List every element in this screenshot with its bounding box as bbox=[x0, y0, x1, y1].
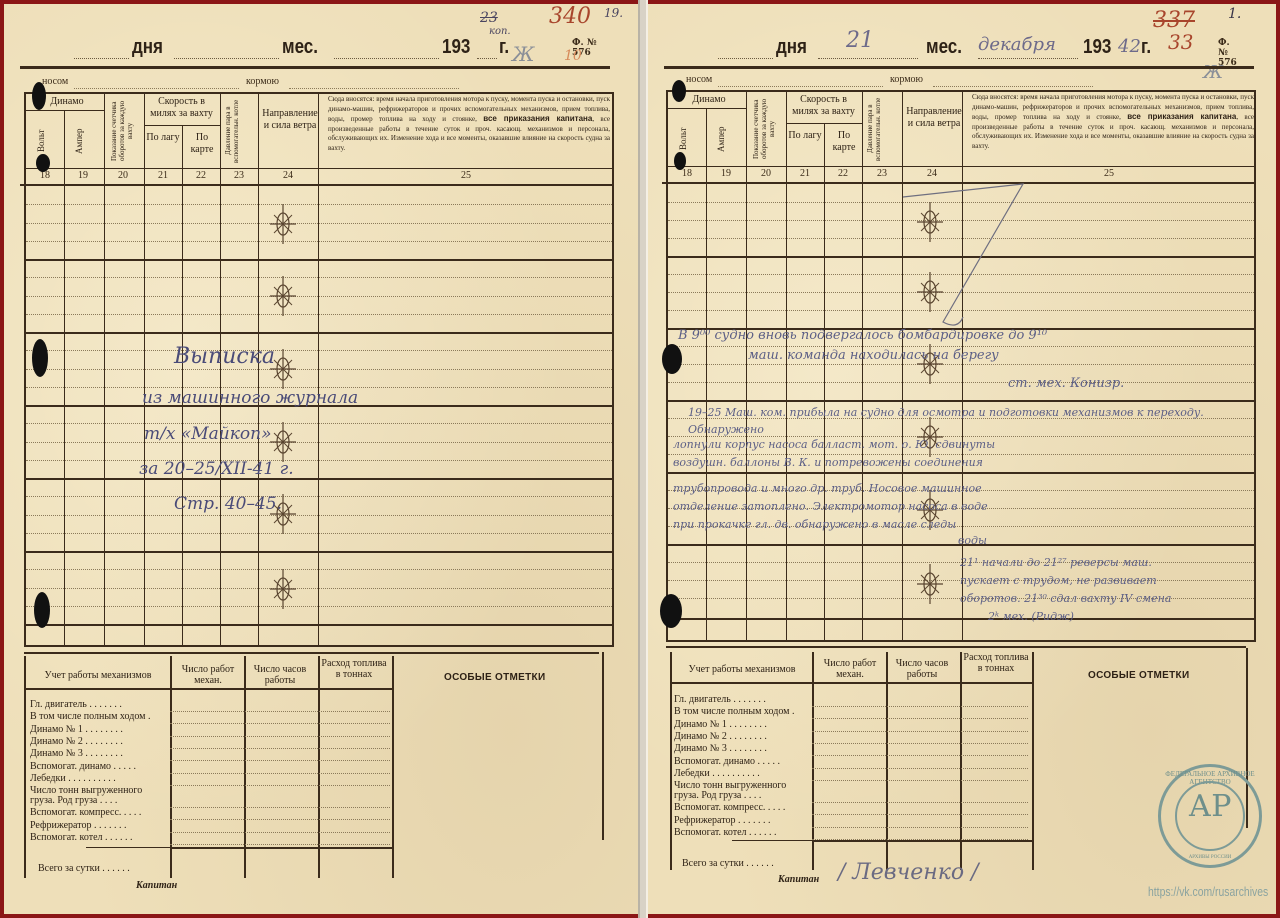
watch-row-rule bbox=[26, 551, 612, 553]
watch-row-rule bbox=[668, 618, 1254, 620]
mech-total-rule bbox=[170, 847, 392, 849]
handwritten-extract-line: из машинного журнала bbox=[142, 388, 358, 408]
col-header-notes: Сюда вносятся: время начала приготовлени… bbox=[966, 90, 1260, 154]
col-number-24: 24 bbox=[902, 168, 962, 179]
log-entry-line: маш. команда находилась на берегу bbox=[748, 348, 999, 363]
mech-total-label: Всего за сутки . . . . . . bbox=[38, 863, 130, 874]
mech-row-label: Динамо № 2 . . . . . . . . bbox=[674, 731, 767, 742]
source-watermark-link[interactable]: https://vk.com/rusarchives bbox=[1148, 884, 1268, 899]
dotted-subline bbox=[26, 515, 612, 516]
mech-divider bbox=[1032, 652, 1034, 870]
year-label: 193 bbox=[1083, 36, 1111, 59]
col-divider bbox=[902, 90, 903, 640]
dotted-subline bbox=[26, 314, 612, 315]
binding-hole bbox=[674, 152, 686, 170]
mech-row-line bbox=[812, 827, 1028, 828]
dotted-subline bbox=[26, 223, 612, 224]
watch-row-rule bbox=[26, 259, 612, 261]
col-header-speed: Скорость в милях за вахту bbox=[786, 94, 861, 118]
col-number-21: 21 bbox=[786, 168, 824, 179]
binding-hole bbox=[672, 80, 686, 102]
col-header-pressure: Давление пара в вспомогательн. котле bbox=[224, 95, 250, 167]
special-marks-label: ОСОБЫЕ ОТМЕТКИ bbox=[1088, 670, 1189, 681]
binding-hole bbox=[34, 592, 50, 628]
mech-row-line bbox=[812, 802, 1028, 803]
col-divider bbox=[64, 110, 65, 645]
mech-row-label: Гл. двигатель . . . . . . . bbox=[30, 699, 122, 710]
dotted-subline bbox=[26, 296, 612, 297]
month-field bbox=[978, 58, 1078, 59]
draft-bow-label: носом bbox=[42, 76, 68, 87]
mech-row-label: Лебедки . . . . . . . . . . bbox=[674, 768, 760, 779]
mech-divider bbox=[886, 652, 888, 870]
log-entry-line: пускает с трудом, не развивает bbox=[960, 574, 1157, 587]
special-border bbox=[602, 652, 604, 840]
mech-total-rule bbox=[732, 840, 812, 841]
mech-row-line bbox=[812, 780, 1028, 781]
numbers-bottom-rule bbox=[20, 184, 612, 186]
dotted-subline bbox=[26, 350, 612, 351]
mech-row-label: Динамо № 1 . . . . . . . . bbox=[674, 719, 767, 730]
special-marks-label: ОСОБЫЕ ОТМЕТКИ bbox=[444, 672, 545, 683]
header-rule bbox=[20, 66, 610, 69]
captain-signature: / Левченко / bbox=[838, 860, 979, 885]
mech-total-rule bbox=[86, 847, 170, 848]
col-divider bbox=[706, 108, 707, 640]
col-header-counter: Показание счетчика оборотов за каждую ва… bbox=[752, 93, 776, 165]
dotted-subline bbox=[668, 454, 1254, 455]
mech-row-line bbox=[812, 731, 1028, 732]
log-entry-block: 19–25 Маш. ком. прибыла на судно для осм… bbox=[688, 404, 1248, 438]
mech-col-hours: Число часов работы bbox=[244, 664, 316, 686]
col-header-notes: Сюда вносятся: время начала приготовлени… bbox=[322, 92, 616, 156]
mech-row-label: Вспомогат. динамо . . . . . bbox=[30, 761, 136, 772]
archive-stamp: ФЕДЕРАЛЬНОЕ АРХИВНОЕ АГЕНТСТВО АР АРХИВЫ… bbox=[1158, 764, 1262, 868]
archive-folio-crossed: 23 bbox=[480, 10, 498, 26]
log-entry-line: воды bbox=[958, 534, 987, 547]
col-header-by-log: По лагу bbox=[146, 132, 180, 144]
wind-rose-icon bbox=[269, 204, 297, 244]
mech-divider bbox=[812, 652, 814, 870]
watch-row-rule bbox=[668, 472, 1254, 474]
year-suffix: г. bbox=[499, 36, 509, 59]
dotted-subline bbox=[26, 423, 612, 424]
mech-row-label: груза. Род груза . . . . bbox=[30, 795, 117, 806]
col-divider bbox=[862, 90, 863, 640]
mech-row-label: Рефрижератор . . . . . . . bbox=[674, 815, 770, 826]
dynamo-sub-rule bbox=[26, 110, 104, 111]
mech-col-fuel: Расход топлива в тоннах bbox=[318, 658, 390, 680]
archive-folio-number: 33 bbox=[1168, 30, 1193, 54]
archive-corner-number: 19. bbox=[604, 6, 623, 20]
month-label: мес. bbox=[282, 36, 318, 59]
mech-top-rule bbox=[24, 652, 599, 654]
col-header-counter: Показание счетчика оборотов за каждую ва… bbox=[110, 95, 134, 167]
mech-row-line bbox=[170, 819, 390, 820]
year-value: 42 bbox=[1118, 36, 1141, 57]
col-divider bbox=[786, 90, 787, 640]
day-field bbox=[74, 58, 129, 59]
dotted-subline bbox=[26, 204, 612, 205]
page-divider bbox=[638, 0, 648, 918]
mech-col-fuel: Расход топлива в тоннах bbox=[960, 652, 1032, 674]
wind-rose-icon bbox=[269, 276, 297, 316]
draft-stern-label: кормою bbox=[246, 76, 279, 87]
dotted-subline bbox=[26, 606, 612, 607]
col-number-18: 18 bbox=[26, 170, 64, 181]
mech-row-label: Вспомогат. динамо . . . . . bbox=[674, 756, 780, 767]
col-number-19: 19 bbox=[706, 168, 746, 179]
mech-row-line bbox=[170, 711, 390, 712]
log-entry-line: 2ᵏ мех. (Ридж) bbox=[988, 610, 1074, 623]
mech-row-label: Вспомогат. компресс. . . . . bbox=[674, 802, 785, 813]
wind-rose-icon bbox=[269, 569, 297, 609]
draft-bow-field bbox=[718, 86, 883, 87]
mech-row-line bbox=[170, 832, 390, 833]
archive-folio-number: 340 bbox=[549, 4, 591, 29]
month-field-line bbox=[174, 58, 279, 59]
date-line: дня 21 мес. декабря 193 42 г. Ф. № 576 bbox=[678, 34, 1236, 68]
day-value: 21 bbox=[846, 28, 874, 53]
handwritten-extract-line: т/х «Майкоп» bbox=[144, 424, 271, 444]
watch-row-rule bbox=[668, 400, 1254, 402]
mech-header-rule bbox=[26, 688, 394, 690]
col-number-23: 23 bbox=[220, 170, 258, 181]
captain-label: Капитан bbox=[778, 874, 819, 885]
wind-rose-icon bbox=[916, 564, 944, 604]
mech-row-label: В том числе полным ходом . bbox=[674, 706, 794, 717]
binding-hole bbox=[32, 339, 48, 377]
handwritten-extract-title: Выписка bbox=[174, 344, 275, 369]
dynamo-sub-rule bbox=[668, 108, 746, 109]
year-label: 193 bbox=[442, 36, 470, 59]
archive-orange-mark: 10 bbox=[564, 48, 582, 64]
mech-row-line bbox=[812, 768, 1028, 769]
dotted-subline bbox=[668, 382, 1254, 383]
wind-rose-icon bbox=[916, 202, 944, 242]
col-header-by-chart: По карте bbox=[826, 130, 862, 154]
col-number-23: 23 bbox=[862, 168, 902, 179]
mech-row-label: Вспомогат. компресс. . . . . bbox=[30, 807, 141, 818]
mech-row-line bbox=[812, 706, 1028, 707]
log-entry-line: 21¹ начали до 21²⁷ реверсы маш. bbox=[960, 556, 1152, 569]
mech-row-label: Рефрижератор . . . . . . . bbox=[30, 820, 126, 831]
dotted-subline bbox=[26, 241, 612, 242]
header-rule bbox=[664, 66, 1254, 69]
mech-row-line bbox=[812, 839, 1028, 840]
archive-initials: Ж bbox=[512, 42, 534, 66]
col-divider bbox=[746, 90, 747, 640]
dotted-subline bbox=[26, 277, 612, 278]
col-number-25: 25 bbox=[962, 168, 1256, 179]
col-header-speed: Скорость в милях за вахту bbox=[144, 96, 219, 120]
mech-row-line bbox=[170, 748, 390, 749]
log-entry-line: В 9⁰⁰ судно вновь подвергалось бомбардир… bbox=[678, 328, 1047, 343]
draft-bow-field bbox=[74, 88, 239, 89]
col-header-by-chart: По карте bbox=[184, 132, 220, 156]
col-number-25: 25 bbox=[318, 170, 614, 181]
day-field bbox=[818, 58, 918, 59]
col-header-wind: Направление и сила ветра bbox=[261, 108, 319, 132]
header-bottom-rule bbox=[26, 168, 612, 169]
year-value-line bbox=[477, 58, 497, 59]
dotted-subline bbox=[26, 442, 612, 443]
mech-col-header: Учет работы механизмов bbox=[672, 664, 812, 675]
mech-row-label: Гл. двигатель . . . . . . . bbox=[674, 694, 766, 705]
year-suffix: г. bbox=[1141, 36, 1151, 59]
binding-hole bbox=[662, 344, 682, 374]
dotted-subline bbox=[26, 533, 612, 534]
col-header-amper: Ампер bbox=[716, 112, 726, 167]
archive-corner-number: 1. bbox=[1228, 6, 1241, 22]
col-divider bbox=[182, 125, 183, 645]
log-entry-line: отделение затоплено. Электромотор насоса… bbox=[673, 500, 988, 513]
col-header-pressure: Давление пара в вспомогательн. котле bbox=[866, 93, 892, 165]
mech-row-label: Динамо № 3 . . . . . . . . bbox=[674, 743, 767, 754]
col-number-22: 22 bbox=[824, 168, 862, 179]
dotted-subline bbox=[26, 496, 612, 497]
mech-row-line bbox=[170, 807, 390, 808]
logbook-page-left: дня мес. 193 г. Ф. № 576 23 коп. 340 19.… bbox=[4, 4, 638, 914]
mech-row-label: Динамо № 3 . . . . . . . . bbox=[30, 748, 123, 759]
col-header-wind: Направление и сила ветра bbox=[906, 106, 962, 130]
watch-row-rule bbox=[26, 624, 612, 626]
mech-row-line bbox=[170, 736, 390, 737]
mech-row-line bbox=[170, 785, 390, 786]
mech-row-label: Динамо № 1 . . . . . . . . bbox=[30, 724, 123, 735]
mech-row-line bbox=[812, 718, 1028, 719]
mech-row-line bbox=[170, 760, 390, 761]
dotted-subline bbox=[668, 364, 1254, 365]
day-prefix-line bbox=[718, 58, 773, 59]
watch-log-grid: Динамо Вольт Ампер Показание счетчика об… bbox=[24, 92, 614, 647]
mech-row-line bbox=[812, 743, 1028, 744]
binding-hole bbox=[660, 594, 682, 628]
mech-col-count: Число работ механ. bbox=[172, 664, 244, 686]
mech-row-label: В том числе полным ходом . bbox=[30, 711, 150, 722]
mech-row-line bbox=[170, 723, 390, 724]
col-number-19: 19 bbox=[64, 170, 102, 181]
mech-total-rule bbox=[812, 840, 1032, 842]
log-entry-line: ст. мех. Конизр. bbox=[1008, 376, 1124, 391]
col-number-22: 22 bbox=[182, 170, 220, 181]
wind-rose-icon bbox=[916, 272, 944, 312]
mech-row-line bbox=[170, 773, 390, 774]
col-number-20: 20 bbox=[104, 170, 142, 181]
header-bottom-rule bbox=[668, 166, 1254, 167]
mech-header-rule bbox=[672, 682, 1034, 684]
mech-row-label: Вспомогат. котел . . . . . . bbox=[30, 832, 133, 843]
log-entry-line: лопнули корпус насоса балласт. мот. о. Ю… bbox=[673, 438, 995, 451]
mech-col-header: Учет работы механизмов bbox=[26, 670, 170, 681]
log-entry-line: при прокачке гл. дв. обнаружено в масле … bbox=[673, 518, 956, 531]
mech-row-line bbox=[170, 844, 390, 845]
watch-row-rule bbox=[26, 478, 612, 480]
col-header-by-log: По лагу bbox=[788, 130, 822, 142]
stamp-bottom-text: АРХИВЫ РОССИИ bbox=[1161, 855, 1259, 860]
log-entry-line: трубопровода и много др. труб. Носовое м… bbox=[673, 482, 982, 495]
mech-total-label: Всего за сутки . . . . . . bbox=[682, 858, 774, 869]
month-label: мес. bbox=[926, 36, 962, 59]
col-number-18: 18 bbox=[668, 168, 706, 179]
draft-bow-label: носом bbox=[686, 74, 712, 85]
logbook-page-right: дня 21 мес. декабря 193 42 г. Ф. № 576 3… bbox=[648, 4, 1276, 914]
captain-label: Капитан bbox=[136, 880, 177, 891]
mech-row-label: Лебедки . . . . . . . . . . bbox=[30, 773, 116, 784]
mech-row-label: Динамо № 2 . . . . . . . . bbox=[30, 736, 123, 747]
col-header-amper: Ампер bbox=[74, 114, 84, 169]
day-label: дня bbox=[132, 36, 163, 59]
month-value-line bbox=[334, 58, 439, 59]
day-label: дня bbox=[776, 36, 807, 59]
log-entry-line: воздушн. баллоны В. К. и потревожены сое… bbox=[673, 456, 983, 469]
mech-row-line bbox=[812, 755, 1028, 756]
col-number-24: 24 bbox=[258, 170, 318, 181]
mech-top-rule bbox=[666, 646, 1246, 648]
dotted-subline bbox=[26, 588, 612, 589]
dotted-subline bbox=[668, 346, 1254, 347]
log-entry-line: оборотов. 21³⁰ сдал вахту IV смена bbox=[960, 592, 1171, 605]
mech-divider bbox=[960, 652, 962, 870]
binding-hole bbox=[36, 154, 50, 172]
watch-row-rule bbox=[26, 332, 612, 334]
col-number-20: 20 bbox=[746, 168, 786, 179]
draft-stern-label: кормою bbox=[890, 74, 923, 85]
handwritten-extract-line: Стр. 40–45. bbox=[174, 494, 282, 514]
draft-stern-field bbox=[289, 88, 459, 89]
mech-col-hours: Число часов работы bbox=[886, 658, 958, 680]
dotted-subline bbox=[26, 369, 612, 370]
wind-rose-icon bbox=[269, 422, 297, 462]
dotted-subline bbox=[26, 460, 612, 461]
dotted-subline bbox=[26, 569, 612, 570]
mech-row-line bbox=[812, 814, 1028, 815]
draft-stern-field bbox=[933, 86, 1093, 87]
binding-hole bbox=[32, 82, 46, 110]
month-value: декабря bbox=[978, 34, 1056, 55]
col-number-21: 21 bbox=[144, 170, 182, 181]
stamp-monogram: АР bbox=[1161, 789, 1259, 824]
mech-row-label: Вспомогат. котел . . . . . . bbox=[674, 827, 777, 838]
archive-kop-note: коп. bbox=[489, 26, 511, 37]
mech-row-label: груза. Род груза . . . . bbox=[674, 790, 761, 801]
handwritten-extract-line: за 20–25/XII-41 г. bbox=[139, 459, 294, 479]
mech-col-count: Число работ механ. bbox=[814, 658, 886, 680]
